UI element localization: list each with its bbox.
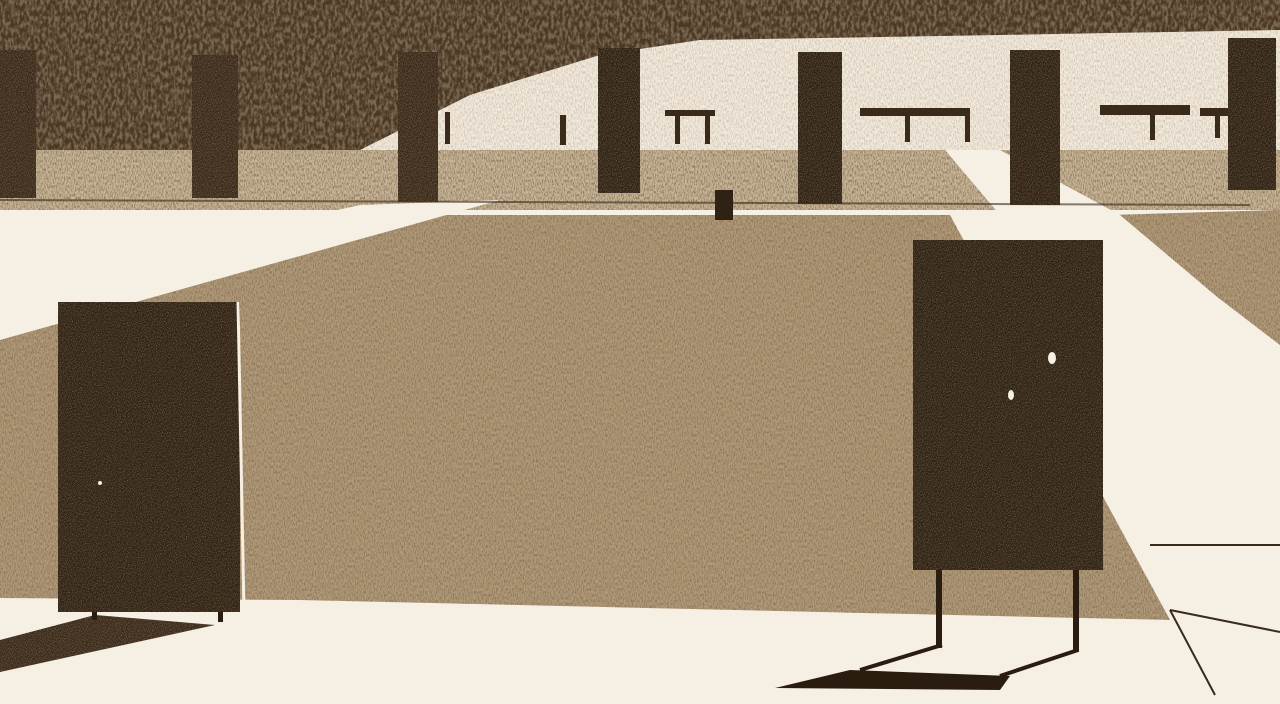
background-target bbox=[798, 52, 842, 204]
background-target bbox=[598, 48, 640, 193]
small-post bbox=[715, 190, 733, 220]
range-photograph bbox=[0, 0, 1280, 704]
background-target bbox=[1228, 38, 1276, 190]
bullet-hole bbox=[98, 481, 102, 485]
background-target bbox=[192, 55, 238, 198]
background-target bbox=[0, 50, 36, 198]
background-target bbox=[398, 52, 438, 202]
bullet-hole bbox=[1008, 390, 1014, 400]
bullet-hole bbox=[1048, 352, 1056, 364]
background-target bbox=[1010, 50, 1060, 205]
